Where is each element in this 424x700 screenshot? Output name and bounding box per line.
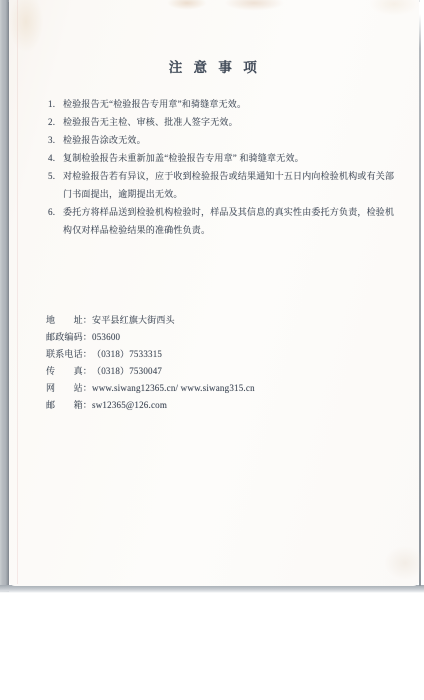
scan-smudge-artifact	[167, 0, 207, 10]
contact-value: 053600	[92, 329, 120, 346]
scanner-edge-left	[0, 0, 9, 592]
scanned-document: 注 意 事 项 1. 检验报告无“检验报告专用章”和骑缝章无效。 2. 检验报告…	[0, 0, 424, 700]
contact-value: （0318）7530047	[92, 363, 162, 380]
note-number: 2.	[48, 113, 63, 131]
contact-value: 安平县红旗大街西头	[92, 312, 175, 329]
contact-label: 联系电话：	[46, 346, 92, 363]
note-item: 5. 对检验报告若有异议，应于收到检验报告或结果通知十五日内向检验机构或有关部门…	[48, 167, 401, 203]
contact-value: （0318）7533315	[92, 346, 162, 363]
scan-smudge-artifact	[385, 546, 424, 580]
contact-row-phone: 联系电话： （0318）7533315	[46, 346, 386, 363]
note-number: 6.	[48, 203, 63, 221]
contact-info-block: 地 址： 安平县红旗大街西头 邮政编码： 053600 联系电话： （0318）…	[46, 312, 386, 414]
note-item: 6. 委托方将样品送到检验机构检验时，样品及其信息的真实性由委托方负责，检验机构…	[48, 203, 401, 239]
document-page: 注 意 事 项 1. 检验报告无“检验报告专用章”和骑缝章无效。 2. 检验报告…	[9, 0, 419, 586]
contact-label: 邮政编码：	[46, 329, 92, 346]
note-text: 检验报告无主检、审核、批准人签字无效。	[63, 113, 401, 131]
note-text: 检验报告涂改无效。	[63, 131, 401, 149]
note-number: 4.	[48, 149, 63, 167]
contact-label: 地 址：	[46, 312, 92, 329]
contact-value: sw12365@126.com	[92, 397, 167, 414]
contact-label: 网 站：	[46, 380, 92, 397]
scanner-edge-right	[419, 14, 421, 586]
contact-value: www.siwang12365.cn/ www.siwang315.cn	[92, 380, 255, 397]
contact-label: 邮 箱：	[46, 397, 92, 414]
contact-row-address: 地 址： 安平县红旗大街西头	[46, 312, 386, 329]
note-item: 4. 复制检验报告未重新加盖“检验报告专用章” 和骑缝章无效。	[48, 149, 401, 167]
scan-smudge-artifact	[9, 0, 43, 52]
note-number: 3.	[48, 131, 63, 149]
scanner-edge-bottom	[0, 585, 424, 593]
note-text: 检验报告无“检验报告专用章”和骑缝章无效。	[63, 95, 401, 113]
contact-row-email: 邮 箱： sw12365@126.com	[46, 397, 386, 414]
note-number: 5.	[48, 167, 63, 185]
note-text: 委托方将样品送到检验机构检验时，样品及其信息的真实性由委托方负责，检验机构仅对样…	[63, 203, 401, 239]
contact-row-fax: 传 真： （0318）7530047	[46, 363, 386, 380]
note-item: 2. 检验报告无主检、审核、批准人签字无效。	[48, 113, 401, 131]
note-item: 3. 检验报告涂改无效。	[48, 131, 401, 149]
scan-smudge-artifact	[224, 0, 284, 11]
contact-label: 传 真：	[46, 363, 92, 380]
notes-list: 1. 检验报告无“检验报告专用章”和骑缝章无效。 2. 检验报告无主检、审核、批…	[48, 95, 401, 239]
note-number: 1.	[48, 95, 63, 113]
contact-row-website: 网 站： www.siwang12365.cn/ www.siwang315.c…	[46, 380, 386, 397]
note-item: 1. 检验报告无“检验报告专用章”和骑缝章无效。	[48, 95, 401, 113]
scan-smudge-artifact	[369, 0, 419, 16]
note-text: 对检验报告若有异议，应于收到检验报告或结果通知十五日内向检验机构或有关部门书面提…	[63, 167, 401, 203]
note-text: 复制检验报告未重新加盖“检验报告专用章” 和骑缝章无效。	[63, 149, 401, 167]
scan-crease-artifact	[17, 0, 18, 584]
contact-row-postcode: 邮政编码： 053600	[46, 329, 386, 346]
page-title: 注 意 事 项	[9, 56, 419, 76]
